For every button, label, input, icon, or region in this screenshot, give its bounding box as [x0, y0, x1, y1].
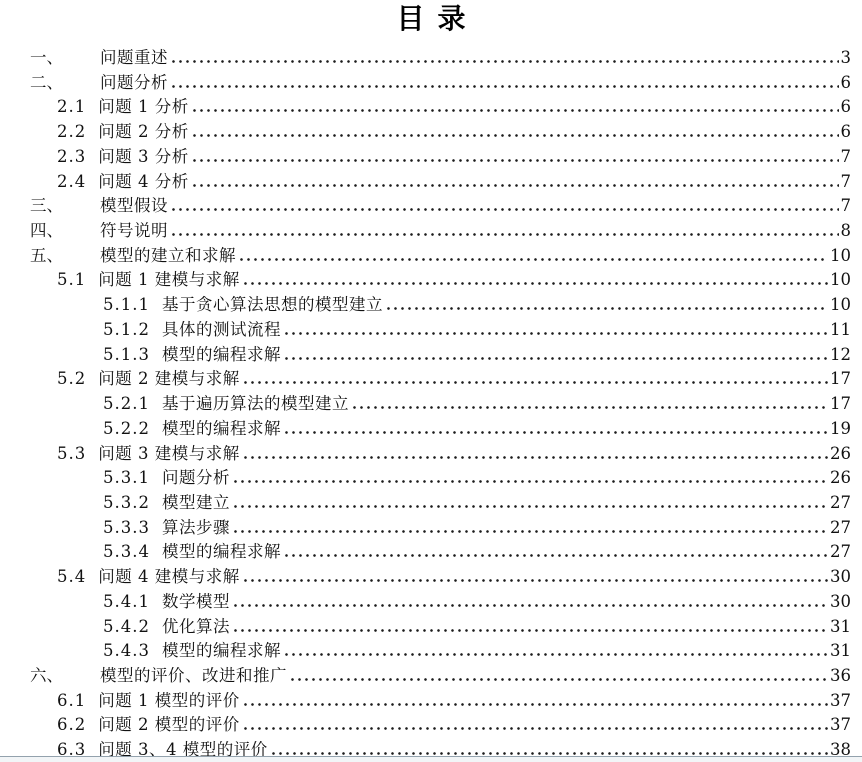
window-bottom-edge	[0, 756, 862, 762]
page-title: 目录	[0, 0, 862, 36]
dot-leader	[170, 195, 839, 212]
toc-entry-page-number: 31	[830, 617, 851, 636]
toc-entry-title: 问题 2 模型的评价	[98, 711, 240, 735]
dot-leader	[191, 145, 839, 162]
dot-leader	[351, 393, 828, 410]
toc-entry-title: 问题 1 模型的评价	[98, 687, 240, 711]
toc-entry-number: 五、	[30, 242, 100, 266]
toc-entry-title: 模型建立	[162, 489, 230, 513]
dot-leader	[170, 47, 839, 64]
dot-leader	[242, 442, 828, 459]
toc-entry[interactable]: 2.1问题 1 分析6	[0, 93, 851, 118]
toc-entry[interactable]: 6.2问题 2 模型的评价37	[0, 711, 851, 736]
toc-entry-page-number: 6	[841, 122, 852, 141]
toc-entry-page-number: 11	[830, 320, 851, 339]
toc-entry-title: 符号说明	[100, 217, 168, 241]
toc-entry-number: 5.2	[57, 369, 86, 388]
toc-entry[interactable]: 2.3问题 3 分析7	[0, 143, 851, 168]
toc-entry[interactable]: 5.1问题 1 建模与求解10	[0, 266, 851, 291]
toc-entry-number: 6.2	[57, 715, 86, 734]
toc-entry-title: 问题重述	[100, 44, 168, 68]
toc-entry-number: 5.3	[57, 444, 86, 463]
document-page: 目录 一、问题重述3二、问题分析62.1问题 1 分析62.2问题 2 分析62…	[0, 0, 862, 762]
toc-entry-title: 算法步骤	[162, 514, 230, 538]
toc-entry-page-number: 7	[841, 196, 852, 215]
toc-entry[interactable]: 五、模型的建立和求解10	[0, 242, 851, 267]
dot-leader	[238, 244, 828, 261]
toc-entry[interactable]: 5.4.3模型的编程求解31	[0, 637, 851, 662]
toc-entry-title: 问题 2 建模与求解	[98, 365, 240, 389]
toc-entry-title: 基于贪心算法思想的模型建立	[162, 291, 383, 315]
toc-entry-number: 5.1.2	[103, 320, 150, 339]
toc-entry-page-number: 27	[830, 493, 851, 512]
toc-entry-page-number: 3	[841, 48, 852, 67]
toc-entry[interactable]: 5.2问题 2 建模与求解17	[0, 365, 851, 390]
dot-leader	[270, 739, 828, 756]
toc-entry-title: 模型的编程求解	[162, 341, 281, 365]
toc-entry-title: 模型的编程求解	[162, 637, 281, 661]
toc-entry-number: 一、	[30, 44, 100, 68]
dot-leader	[283, 417, 828, 434]
toc-entry[interactable]: 三、模型假设7	[0, 192, 851, 217]
toc-entry-title: 模型的建立和求解	[100, 242, 236, 266]
toc-entry[interactable]: 5.3.3算法步骤27	[0, 514, 851, 539]
toc-entry-page-number: 10	[830, 246, 851, 265]
toc-entry-number: 2.2	[57, 122, 86, 141]
toc-entry-page-number: 12	[830, 345, 851, 364]
toc-entry-title: 问题分析	[100, 69, 168, 93]
toc-entry-number: 5.4.1	[103, 592, 150, 611]
toc-entry-number: 5.1	[57, 270, 86, 289]
toc-entry-page-number: 30	[830, 592, 851, 611]
toc-entry-title: 问题分析	[162, 464, 230, 488]
toc-entry-page-number: 7	[841, 147, 852, 166]
toc-entry-number: 5.2.2	[103, 419, 150, 438]
toc-entry[interactable]: 四、符号说明8	[0, 217, 851, 242]
toc-entry-page-number: 27	[830, 542, 851, 561]
toc-entry-number: 六、	[30, 662, 100, 686]
toc-entry-page-number: 17	[830, 394, 851, 413]
toc-entry-title: 问题 4 分析	[98, 168, 189, 192]
dot-leader	[170, 220, 839, 237]
toc-entry[interactable]: 一、问题重述3	[0, 44, 851, 69]
toc-entry-number: 5.3.1	[103, 468, 150, 487]
toc-entry[interactable]: 5.4.1数学模型30	[0, 588, 851, 613]
toc-entry-number: 5.2.1	[103, 394, 150, 413]
toc-entry-title: 问题 3 分析	[98, 143, 189, 167]
toc-entry-page-number: 31	[830, 641, 851, 660]
toc-entry-page-number: 10	[830, 270, 851, 289]
toc-entry-page-number: 27	[830, 518, 851, 537]
toc-entry[interactable]: 5.4问题 4 建模与求解30	[0, 563, 851, 588]
toc-entry[interactable]: 2.2问题 2 分析6	[0, 118, 851, 143]
toc-entry[interactable]: 二、问题分析6	[0, 69, 851, 94]
toc-entry-number: 四、	[30, 217, 100, 241]
toc-entry-number: 5.4.2	[103, 617, 150, 636]
dot-leader	[242, 689, 828, 706]
dot-leader	[289, 664, 828, 681]
dot-leader	[191, 170, 839, 187]
toc-entry[interactable]: 5.3.2模型建立27	[0, 489, 851, 514]
dot-leader	[232, 615, 828, 632]
toc-entry-page-number: 8	[841, 221, 852, 240]
toc-entry-title: 模型的编程求解	[162, 538, 281, 562]
toc-entry-number: 二、	[30, 69, 100, 93]
toc-entry[interactable]: 6.1问题 1 模型的评价37	[0, 687, 851, 712]
toc-entry[interactable]: 5.2.2模型的编程求解19	[0, 415, 851, 440]
toc-entry-title: 问题 1 建模与求解	[98, 266, 240, 290]
dot-leader	[232, 590, 828, 607]
dot-leader	[385, 294, 828, 311]
dot-leader	[191, 96, 839, 113]
dot-leader	[242, 566, 828, 583]
toc-entry-number: 5.3.4	[103, 542, 150, 561]
toc-entry[interactable]: 2.4问题 4 分析7	[0, 168, 851, 193]
toc-entry-page-number: 10	[830, 295, 851, 314]
dot-leader	[242, 269, 828, 286]
toc-entry-title: 模型假设	[100, 192, 168, 216]
toc-entry-title: 基于遍历算法的模型建立	[162, 390, 349, 414]
toc-entry[interactable]: 5.2.1基于遍历算法的模型建立17	[0, 390, 851, 415]
dot-leader	[232, 467, 828, 484]
toc-entry-page-number: 6	[841, 97, 852, 116]
toc-entry-title: 问题 2 分析	[98, 118, 189, 142]
dot-leader	[283, 318, 828, 335]
dot-leader	[232, 516, 828, 533]
toc-entry[interactable]: 5.3问题 3 建模与求解26	[0, 440, 851, 465]
toc-entry-number: 5.1.3	[103, 345, 150, 364]
table-of-contents: 一、问题重述3二、问题分析62.1问题 1 分析62.2问题 2 分析62.3问…	[0, 44, 851, 761]
toc-entry-title: 模型的编程求解	[162, 415, 281, 439]
toc-entry-number: 5.3.3	[103, 518, 150, 537]
dot-leader	[191, 121, 839, 138]
toc-entry-number: 5.3.2	[103, 493, 150, 512]
dot-leader	[283, 640, 828, 657]
toc-entry-title: 数学模型	[162, 588, 230, 612]
dot-leader	[242, 368, 828, 385]
toc-entry-number: 2.3	[57, 147, 86, 166]
dot-leader	[283, 541, 828, 558]
toc-entry-number: 5.4.3	[103, 641, 150, 660]
toc-entry-number: 2.4	[57, 172, 86, 191]
toc-entry-number: 三、	[30, 192, 100, 216]
toc-entry-title: 问题 4 建模与求解	[98, 563, 240, 587]
toc-entry[interactable]: 5.3.4模型的编程求解27	[0, 538, 851, 563]
toc-entry-page-number: 37	[830, 691, 851, 710]
toc-entry-page-number: 6	[841, 73, 852, 92]
toc-entry-page-number: 36	[830, 666, 851, 685]
toc-entry[interactable]: 5.1.3模型的编程求解12	[0, 341, 851, 366]
toc-entry-page-number: 37	[830, 715, 851, 734]
toc-entry-number: 5.4	[57, 567, 86, 586]
toc-entry-title: 模型的评价、改进和推广	[100, 662, 287, 686]
toc-entry-page-number: 26	[830, 444, 851, 463]
toc-entry-title: 问题 1 分析	[98, 93, 189, 117]
toc-entry-page-number: 30	[830, 567, 851, 586]
toc-entry-page-number: 17	[830, 369, 851, 388]
toc-entry[interactable]: 5.1.2具体的测试流程11	[0, 316, 851, 341]
toc-entry-title: 具体的测试流程	[162, 316, 281, 340]
toc-entry-title: 问题 3 建模与求解	[98, 440, 240, 464]
dot-leader	[232, 491, 828, 508]
toc-entry-number: 5.1.1	[103, 295, 150, 314]
toc-entry-page-number: 26	[830, 468, 851, 487]
toc-entry[interactable]: 5.4.2优化算法31	[0, 613, 851, 638]
toc-entry-page-number: 19	[830, 419, 851, 438]
toc-entry-title: 优化算法	[162, 613, 230, 637]
toc-entry[interactable]: 5.3.1问题分析26	[0, 464, 851, 489]
toc-entry[interactable]: 六、模型的评价、改进和推广36	[0, 662, 851, 687]
toc-entry-number: 2.1	[57, 97, 86, 116]
dot-leader	[283, 343, 828, 360]
toc-entry-page-number: 7	[841, 172, 852, 191]
toc-entry[interactable]: 5.1.1基于贪心算法思想的模型建立10	[0, 291, 851, 316]
dot-leader	[170, 71, 839, 88]
dot-leader	[242, 714, 828, 731]
toc-entry-number: 6.1	[57, 691, 86, 710]
